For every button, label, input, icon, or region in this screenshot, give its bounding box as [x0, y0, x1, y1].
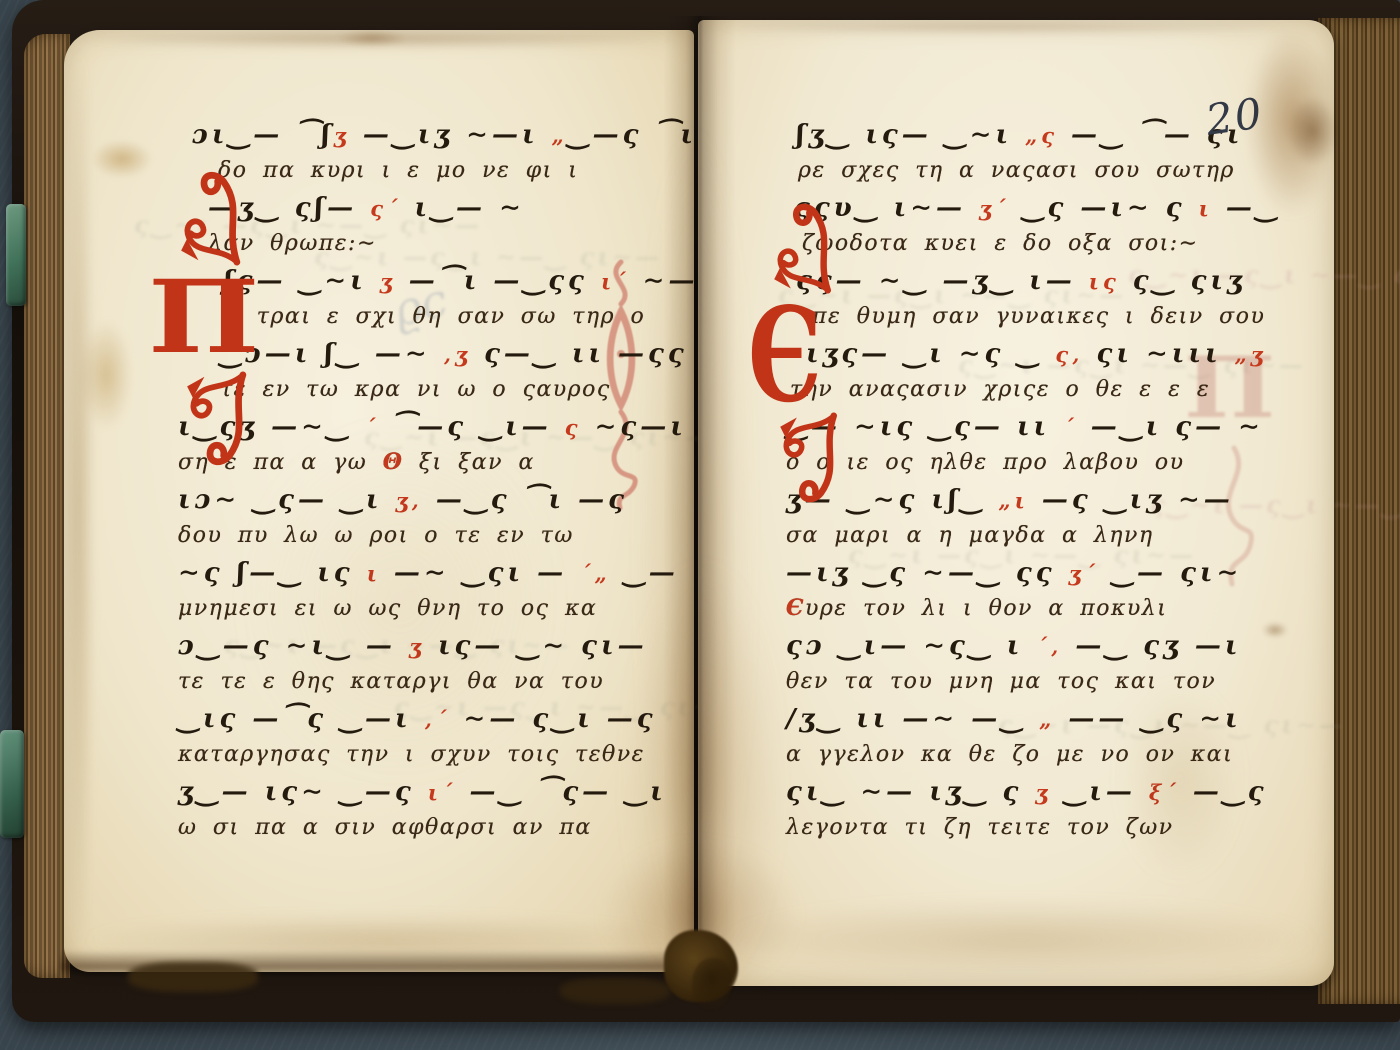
- rubric-mark: ΄: [1063, 415, 1078, 440]
- rubric-mark: ι: [1199, 196, 1213, 221]
- ink-glyphs: υρε τον λι ι θον α ποκυλι: [805, 596, 1167, 621]
- ink-glyphs: ∼ς—ι: [582, 412, 687, 442]
- ink-glyphs: λεγοντα τι ζη τειτε τον ζων: [786, 815, 1174, 840]
- lyric-text-line: ζωοδοτα κυει ε δο οξα σοι:∼: [802, 229, 1301, 262]
- lyric-text-line: λεγοντα τι ζη τειτε τον ζων: [786, 813, 1301, 846]
- rubric-mark: ‚΄: [425, 707, 451, 732]
- ink-glyphs: ςɔ ‿ι— ∼ς‿ ι: [786, 631, 1036, 661]
- ink-glyphs: ς—‿ ιι —ςς: [471, 339, 688, 369]
- ink-glyphs: ʃʒ‿ ις— ‿∼ι: [796, 120, 1025, 150]
- lyric-text-line: θεν τα του μνη μα τος και τον: [786, 667, 1301, 700]
- rubric-mark: Є: [786, 595, 805, 621]
- ink-glyphs: ⁀—ς ‿ι—: [379, 412, 564, 442]
- ink-glyphs: ‿ς —ι∼ ς: [1010, 193, 1199, 223]
- lyric-text-line: α γγελον κα θε ζο με νο ον και: [786, 740, 1301, 773]
- folio-number: 20: [1203, 88, 1267, 145]
- manuscript-photo: ς‿∼ι —ς‿ι ∼—‿ ςι∼— ς‿∼ι —ς‿ι ∼—‿ ςι∼— ς‿…: [0, 0, 1400, 1050]
- ink-glyphs: καταργησας την ι σχυν τοις τεθνε: [178, 742, 645, 767]
- ink-glyphs: —‿ ⁀ς— ‿ι: [456, 777, 666, 807]
- neume-notation-line: ‿— ∼ις ‿ς— ιι ΄ —‿ι ς— ∼: [786, 408, 1301, 448]
- neume-notation-line: ∕ʒ‿ ιι —∼ —‿ „ —— ‿ς ∼ι: [786, 700, 1301, 740]
- rubric-mark: ʒ: [334, 123, 350, 148]
- ink-glyphs: ζωοδοτα κυει ε δο οξα σοι:∼: [802, 231, 1199, 256]
- right-page-text-block: ʃʒ‿ ις— ‿∼ι „ς —‿ ⁀— ςιρε σχες τη α ναςα…: [786, 116, 1301, 846]
- initial-letter: Π: [148, 270, 283, 365]
- rubric-mark: Θ: [383, 449, 404, 475]
- ink-glyphs: μνημεσι ει ω ως θνη το ος κα: [178, 596, 597, 621]
- ink-glyphs: —⁀ι —‿ςς: [396, 266, 601, 296]
- lyric-text-line: Єυρε τον λι ι θον α ποκυλι: [786, 594, 1301, 627]
- rubric-mark: ΄: [365, 415, 380, 440]
- ink-glyphs: ∼— ς‿ι —ς: [450, 704, 656, 734]
- rubric-mark: ΄‚: [1036, 634, 1062, 659]
- neume-notation-line: —ιʒ ‿ς ∼—‿ ςς ʒ΄ ‿— ςι∼: [786, 554, 1301, 594]
- ink-glyphs: —‿: [1213, 193, 1281, 223]
- neume-notation-line: ‿ɔ—ι ʃ‿ —∼ ‚ʒ ς—‿ ιι —ςς: [220, 335, 683, 375]
- rubric-mark: ι: [367, 561, 381, 586]
- ink-glyphs: ∼ς ʃ—‿ ις: [178, 558, 367, 588]
- initial-flourish-icon: [172, 371, 258, 471]
- ink-glyphs: —— ‿ς ∼ι: [1055, 704, 1241, 734]
- neume-notation-line: ʒ‿— ις∼ ‿—ς ι΄ —‿ ⁀ς— ‿ι: [178, 773, 683, 813]
- ink-glyphs: ι‿— ∼: [402, 193, 525, 223]
- lyric-text-line: τε τε ε θης καταργι θα να του: [178, 667, 683, 700]
- rubric-mark: ς: [565, 415, 582, 440]
- illuminated-initial-pi: Π: [142, 166, 262, 546]
- lyric-text-line: δο πα κυρι ι ε μο νε φι ι: [218, 156, 683, 189]
- ink-glyphs: ‿— ςι∼: [1099, 558, 1242, 588]
- rubric-mark: ς΄: [370, 196, 401, 221]
- ink-glyphs: ε τραι ε σχι θη σαν σω τηρ ο: [228, 304, 645, 329]
- rubric-mark: ις: [1089, 269, 1120, 294]
- neume-notation-line: ʃς— ‿∼ι ʒ —⁀ι —‿ςς ι΄ ∼—ς: [224, 262, 683, 302]
- ink-glyphs: ‿ις —⁀ς ‿—ι: [178, 704, 425, 734]
- neume-notation-line: ∼ς ʃ—‿ ις ι —∼ ‿ςι — ΄„ ‿—: [178, 554, 683, 594]
- rubric-mark: ξ΄: [1149, 780, 1180, 805]
- ink-glyphs: ∕ʒ‿ ιι —∼ —‿: [786, 704, 1039, 734]
- ink-glyphs: —‿ ςʒ —ι: [1062, 631, 1241, 661]
- rubric-mark: ʒ: [1035, 780, 1051, 805]
- lyric-text-line: ρε σχες τη α ναςασι σου σωτηρ: [798, 156, 1301, 189]
- lyric-text-line: καταργησας την ι σχυν τοις τεθνε: [178, 740, 683, 773]
- lyric-text-line: ο ο ιε ος ηλθε προ λαβου ου: [786, 448, 1301, 481]
- lyric-text-line: πε θυμη σαν γυναικες ι δειν σου: [812, 302, 1301, 335]
- rubric-mark: ΄„: [580, 561, 611, 586]
- rubric-mark: ‚ʒ: [444, 342, 471, 367]
- lyric-text-line: λαν θρωπε:∼: [208, 229, 683, 262]
- lyric-text-line: τε εν τω κρα νι ω ο ςαυρος: [220, 375, 683, 408]
- neume-notation-line: ɔ‿—ς ∼ι‿ — ʒ ις— ‿∼ ςι—: [178, 627, 683, 667]
- ink-glyphs: α γγελον κα θε ζο με νο ον και: [786, 742, 1233, 767]
- lyric-text-line: ε τραι ε σχι θη σαν σω τηρ ο: [228, 302, 683, 335]
- ink-glyphs: ς‿ ςιʒ: [1120, 266, 1246, 296]
- neume-notation-line: ςι‿ ∼— ιʒ‿ ς ʒ ‿ι— ξ΄ —‿ς: [786, 773, 1301, 813]
- neume-notation-line: ιʒς— ‿ι ∼ς ‿ ς‚ ςι ∼ιιι „ʒ: [806, 335, 1301, 375]
- rubric-mark: ʒ΄: [1069, 561, 1099, 586]
- initial-letter: Є: [748, 294, 836, 417]
- rubric-mark: ʒ΄: [979, 196, 1009, 221]
- initial-flourish-icon: [764, 412, 850, 508]
- ink-glyphs: —‿ιʒ ∼—ι: [350, 120, 552, 150]
- ink-glyphs: ‿—ς ⁀ι: [568, 120, 697, 150]
- ink-glyphs: τε εν τω κρα νι ω ο ςαυρος: [220, 377, 611, 402]
- ink-glyphs: ɔ‿—ς ∼ι‿ —: [178, 631, 409, 661]
- rubric-mark: ʒ: [380, 269, 396, 294]
- rubric-mark: ʒ: [409, 634, 425, 659]
- ink-glyphs: ɔι‿— ⁀ʃ: [192, 120, 334, 150]
- ink-glyphs: τε τε ε θης καταργι θα να του: [178, 669, 604, 694]
- illuminated-initial-epsilon: Є: [746, 198, 858, 590]
- rubric-mark: „: [552, 123, 568, 148]
- lyric-text-line: την αναςασιν χριςε ο θε ε ε ε: [790, 375, 1301, 408]
- ink-glyphs: ‿ι—: [1051, 777, 1149, 807]
- ink-glyphs: θεν τα του μνη μα τος και τον: [786, 669, 1216, 694]
- rubric-mark: „: [1039, 707, 1055, 732]
- ink-glyphs: ‿—: [611, 558, 679, 588]
- ink-glyphs: ρε σχες τη α ναςασι σου σωτηρ: [798, 158, 1235, 183]
- neume-notation-line: ςɔ ‿ι— ∼ς‿ ι ΄‚ —‿ ςʒ —ι: [786, 627, 1301, 667]
- neume-notation-line: ɔι‿— ⁀ʃʒ —‿ιʒ ∼—ι „‿—ς ⁀ι: [192, 116, 683, 156]
- left-page: ς‿∼ι —ς‿ι ∼—‿ ςι∼— ς‿∼ι —ς‿ι ∼—‿ ςι∼— ς‿…: [64, 30, 694, 972]
- rubric-mark: „ι: [999, 488, 1029, 513]
- neume-notation-line: ʒ— ‿∼ς ιʃ‿ „ι —ς ‿ιʒ ∼—: [786, 481, 1301, 521]
- ink-glyphs: —‿ς ⁀ι —ς: [423, 485, 628, 515]
- rubric-mark: ʒ‚: [396, 488, 423, 513]
- rubric-mark: ι΄: [601, 269, 630, 294]
- ink-glyphs: ςι‿ ∼— ιʒ‿ ς: [786, 777, 1035, 807]
- ink-glyphs: ις— ‿∼ ςι—: [425, 631, 648, 661]
- ink-glyphs: ω σι πα α σιν αφθαρσι αν πα: [178, 815, 592, 840]
- ink-glyphs: πε θυμη σαν γυναικες ι δειν σου: [812, 304, 1265, 329]
- ink-glyphs: δο πα κυρι ι ε μο νε φι ι: [218, 158, 578, 183]
- neume-notation-line: ςς— ∼‿ —ʒ‿ ι— ις ς‿ ςιʒ: [796, 262, 1301, 302]
- rubric-mark: ς‚: [1055, 342, 1083, 367]
- neume-notation-line: ςςυ‿ ι∼— ʒ΄ ‿ς —ι∼ ς ι —‿: [794, 189, 1301, 229]
- rubric-mark: „ʒ: [1235, 342, 1267, 367]
- initial-flourish-icon: [166, 166, 252, 266]
- ink-glyphs: —‿ι ς— ∼: [1078, 412, 1264, 442]
- ink-glyphs: —ς ‿ιʒ ∼—: [1029, 485, 1234, 515]
- neume-notation-line: —ʒ‿ ςʃ— ς΄ ι‿— ∼: [208, 189, 683, 229]
- right-page: ς‿∼ι —ς‿ι ∼—‿ ςι∼— ς‿∼ι —ς‿ι ∼—‿ ςι∼— ς‿…: [698, 20, 1334, 986]
- lyric-text-line: ω σι πα α σιν αφθαρσι αν πα: [178, 813, 683, 846]
- rubric-mark: „ς: [1025, 123, 1058, 148]
- ink-glyphs: ξι ξαν α: [403, 450, 534, 475]
- lyric-text-line: μνημεσι ει ω ως θνη το ος κα: [178, 594, 683, 627]
- book-clasp: [6, 204, 26, 306]
- ink-glyphs: ʒ‿— ις∼ ‿—ς: [178, 777, 428, 807]
- lyric-text-line: σα μαρι α η μαγδα α ληνη: [786, 521, 1301, 554]
- neume-notation-line: ‿ις —⁀ς ‿—ι ‚΄ ∼— ς‿ι —ς: [178, 700, 683, 740]
- ink-glyphs: —‿ς: [1180, 777, 1268, 807]
- rubric-mark: ι΄: [428, 780, 457, 805]
- ink-glyphs: ςι ∼ιιι: [1083, 339, 1234, 369]
- ink-glyphs: —∼ ‿ςι —: [381, 558, 580, 588]
- book-clasp: [0, 730, 24, 838]
